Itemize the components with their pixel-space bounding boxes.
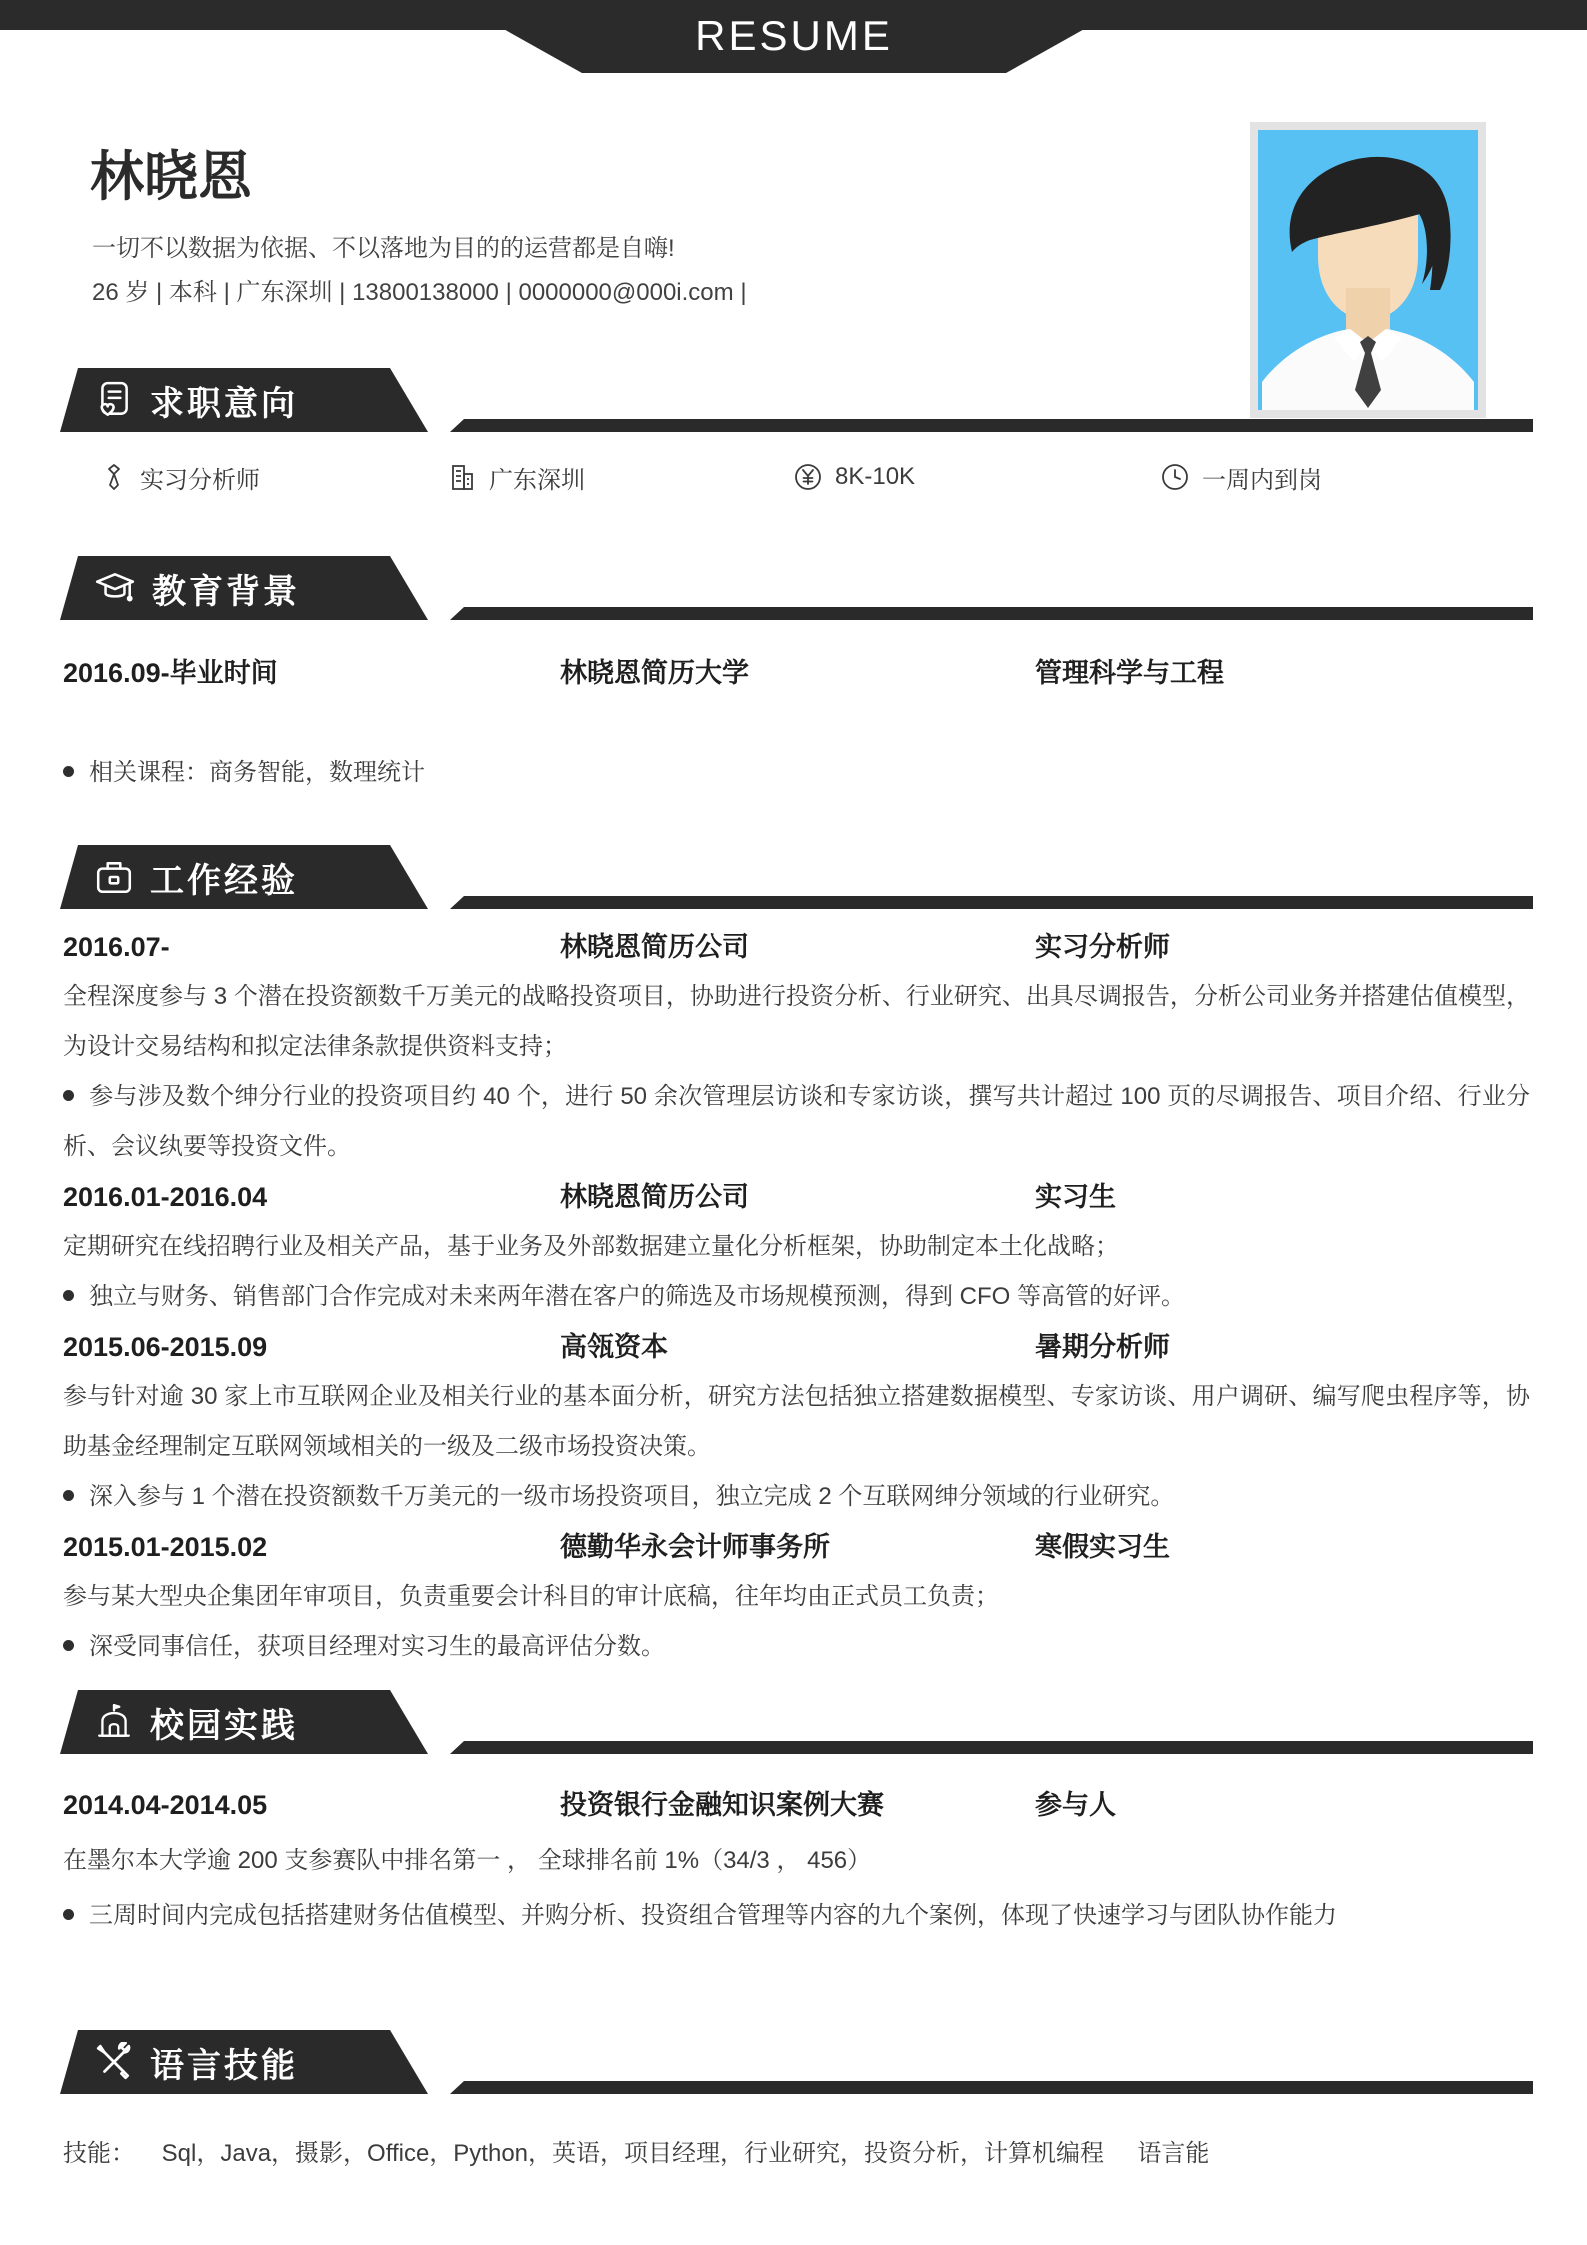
job-bullet: 参与涉及数个绅分行业的投资项目约 40 个，进行 50 余次管理层访谈和专家访谈…: [63, 1072, 1530, 1172]
section-skills: 语言技能: [60, 2030, 1533, 2094]
briefcase-icon: [94, 857, 134, 897]
intent-city-label: 广东深圳: [489, 460, 585, 495]
section-title: 语言技能: [150, 2038, 298, 2087]
job-desc: 定期研究在线招聘行业及相关产品，基于业务及外部数据建立量化分析框架，协助制定本土…: [63, 1222, 1530, 1272]
job-row: 2015.01-2015.02 德勤华永会计师事务所 寒假实习生: [63, 1522, 1530, 1572]
bullet-dot: [63, 1640, 74, 1651]
section-rule: [450, 1741, 1533, 1754]
section-rule: [450, 2081, 1533, 2094]
intent-items: 实习分析师 广东深圳 8K-10K: [63, 452, 1530, 502]
job-bullet: 深受同事信任，获项目经理对实习生的最高评估分数。: [63, 1622, 1530, 1672]
section-banner: 教育背景: [60, 556, 428, 620]
intent-availability-label: 一周内到岗: [1202, 460, 1322, 495]
job-row: 2016.07- 林晓恩简历公司 实习分析师: [63, 922, 1530, 972]
resume-banner-title: RESUME: [695, 12, 893, 60]
tie-icon: [100, 462, 128, 492]
bullet-dot: [63, 1090, 74, 1101]
job-company: 德勤华永会计师事务所: [560, 1522, 830, 1572]
section-banner: 校园实践: [60, 1690, 428, 1754]
job-company: 高瓴资本: [560, 1322, 668, 1372]
skills-content: 技能： Sql，Java，摄影，Office，Python，英语，项目经理，行业…: [63, 2126, 1530, 2181]
campus-role: 参与人: [1035, 1778, 1116, 1833]
section-banner: 语言技能: [60, 2030, 428, 2094]
clock-icon: [1160, 462, 1190, 492]
resume-banner: RESUME: [452, 0, 1136, 73]
bullet-dot: [63, 1490, 74, 1501]
campus-date: 2014.04-2014.05: [63, 1778, 267, 1833]
bullet-dot: [63, 1290, 74, 1301]
job-role: 实习分析师: [1035, 922, 1170, 972]
intent-availability: 一周内到岗: [1160, 452, 1322, 502]
section-rule: [450, 896, 1533, 909]
section-title: 教育背景: [152, 564, 300, 613]
job-company: 林晓恩简历公司: [560, 1172, 749, 1222]
section-work: 工作经验: [60, 845, 1533, 909]
candidate-name: 林晓恩: [90, 134, 252, 211]
bullet-dot: [63, 1909, 74, 1920]
job-desc: 参与某大型央企集团年审项目，负责重要会计科目的审计底稿，往年均由正式员工负责；: [63, 1572, 1530, 1622]
candidate-basic-info: 26 岁 | 本科 | 广东深圳 | 13800138000 | 0000000…: [92, 272, 747, 307]
candidate-motto: 一切不以数据为依据、不以落地为目的的运营都是自嗨!: [92, 228, 675, 263]
intent-city: 广东深圳: [447, 452, 585, 502]
section-banner: 工作经验: [60, 845, 428, 909]
education-content: 2016.09-毕业时间 林晓恩简历大学 管理科学与工程 相关课程：商务智能，数…: [63, 648, 1530, 798]
section-rule: [450, 607, 1533, 620]
section-education: 教育背景: [60, 556, 1533, 620]
campus-desc: 在墨尔本大学逾 200 支参赛队中排名第一 ， 全球排名前 1%（34/3 ， …: [63, 1833, 1530, 1888]
document-heart-icon: [94, 380, 134, 420]
resume-page: RESUME 林晓恩 一切不以数据为依据、不以落地为目的的运营都是自嗨! 26 …: [0, 0, 1587, 2245]
campus-content: 2014.04-2014.05 投资银行金融知识案例大赛 参与人 在墨尔本大学逾…: [63, 1778, 1530, 1943]
section-rule: [450, 419, 1533, 432]
job-row: 2015.06-2015.09 高瓴资本 暑期分析师: [63, 1322, 1530, 1372]
education-bullet: 相关课程：商务智能，数理统计: [63, 748, 1530, 798]
intent-salary-label: 8K-10K: [835, 463, 915, 491]
salary-icon: [793, 462, 823, 492]
job-row: 2016.01-2016.04 林晓恩简历公司 实习生: [63, 1172, 1530, 1222]
work-content: 2016.07- 林晓恩简历公司 实习分析师 全程深度参与 3 个潜在投资额数千…: [63, 922, 1530, 1672]
job-company: 林晓恩简历公司: [560, 922, 749, 972]
job-desc: 全程深度参与 3 个潜在投资额数千万美元的战略投资项目，协助进行投资分析、行业研…: [63, 972, 1530, 1072]
section-title: 校园实践: [150, 1698, 298, 1747]
campus-row: 2014.04-2014.05 投资银行金融知识案例大赛 参与人: [63, 1778, 1530, 1833]
job-desc: 参与针对逾 30 家上市互联网企业及相关行业的基本面分析，研究方法包括独立搭建数…: [63, 1372, 1530, 1472]
education-date: 2016.09-毕业时间: [63, 648, 278, 698]
intent-position-label: 实习分析师: [140, 460, 260, 495]
campus-bullet: 三周时间内完成包括搭建财务估值模型、并购分析、投资组合管理等内容的九个案例，体现…: [63, 1888, 1530, 1943]
intent-position: 实习分析师: [100, 452, 260, 502]
job-bullet: 独立与财务、销售部门合作完成对未来两年潜在客户的筛选及市场规模预测，得到 CFO…: [63, 1272, 1530, 1322]
job-bullet: 深入参与 1 个潜在投资额数千万美元的一级市场投资项目，独立完成 2 个互联网绅…: [63, 1472, 1530, 1522]
section-intent: 求职意向: [60, 368, 1533, 432]
intent-salary: 8K-10K: [793, 452, 915, 502]
bullet-dot: [63, 766, 74, 777]
tools-icon: [94, 2042, 134, 2082]
skills-line: 技能： Sql，Java，摄影，Office，Python，英语，项目经理，行业…: [63, 2126, 1530, 2181]
education-major: 管理科学与工程: [1035, 648, 1224, 698]
education-school: 林晓恩简历大学: [560, 648, 749, 698]
education-row: 2016.09-毕业时间 林晓恩简历大学 管理科学与工程: [63, 648, 1530, 698]
section-campus: 校园实践: [60, 1690, 1533, 1754]
campus-event: 投资银行金融知识案例大赛: [560, 1778, 884, 1833]
section-title: 求职意向: [150, 376, 298, 425]
building-icon: [447, 462, 477, 492]
school-building-icon: [94, 1702, 134, 1742]
graduation-cap-icon: [94, 568, 136, 608]
section-title: 工作经验: [150, 853, 298, 902]
job-role: 实习生: [1035, 1172, 1116, 1222]
section-banner: 求职意向: [60, 368, 428, 432]
job-date: 2015.06-2015.09: [63, 1322, 267, 1372]
job-role: 寒假实习生: [1035, 1522, 1170, 1572]
job-date: 2016.07-: [63, 922, 170, 972]
job-date: 2015.01-2015.02: [63, 1522, 267, 1572]
job-role: 暑期分析师: [1035, 1322, 1170, 1372]
job-date: 2016.01-2016.04: [63, 1172, 267, 1222]
